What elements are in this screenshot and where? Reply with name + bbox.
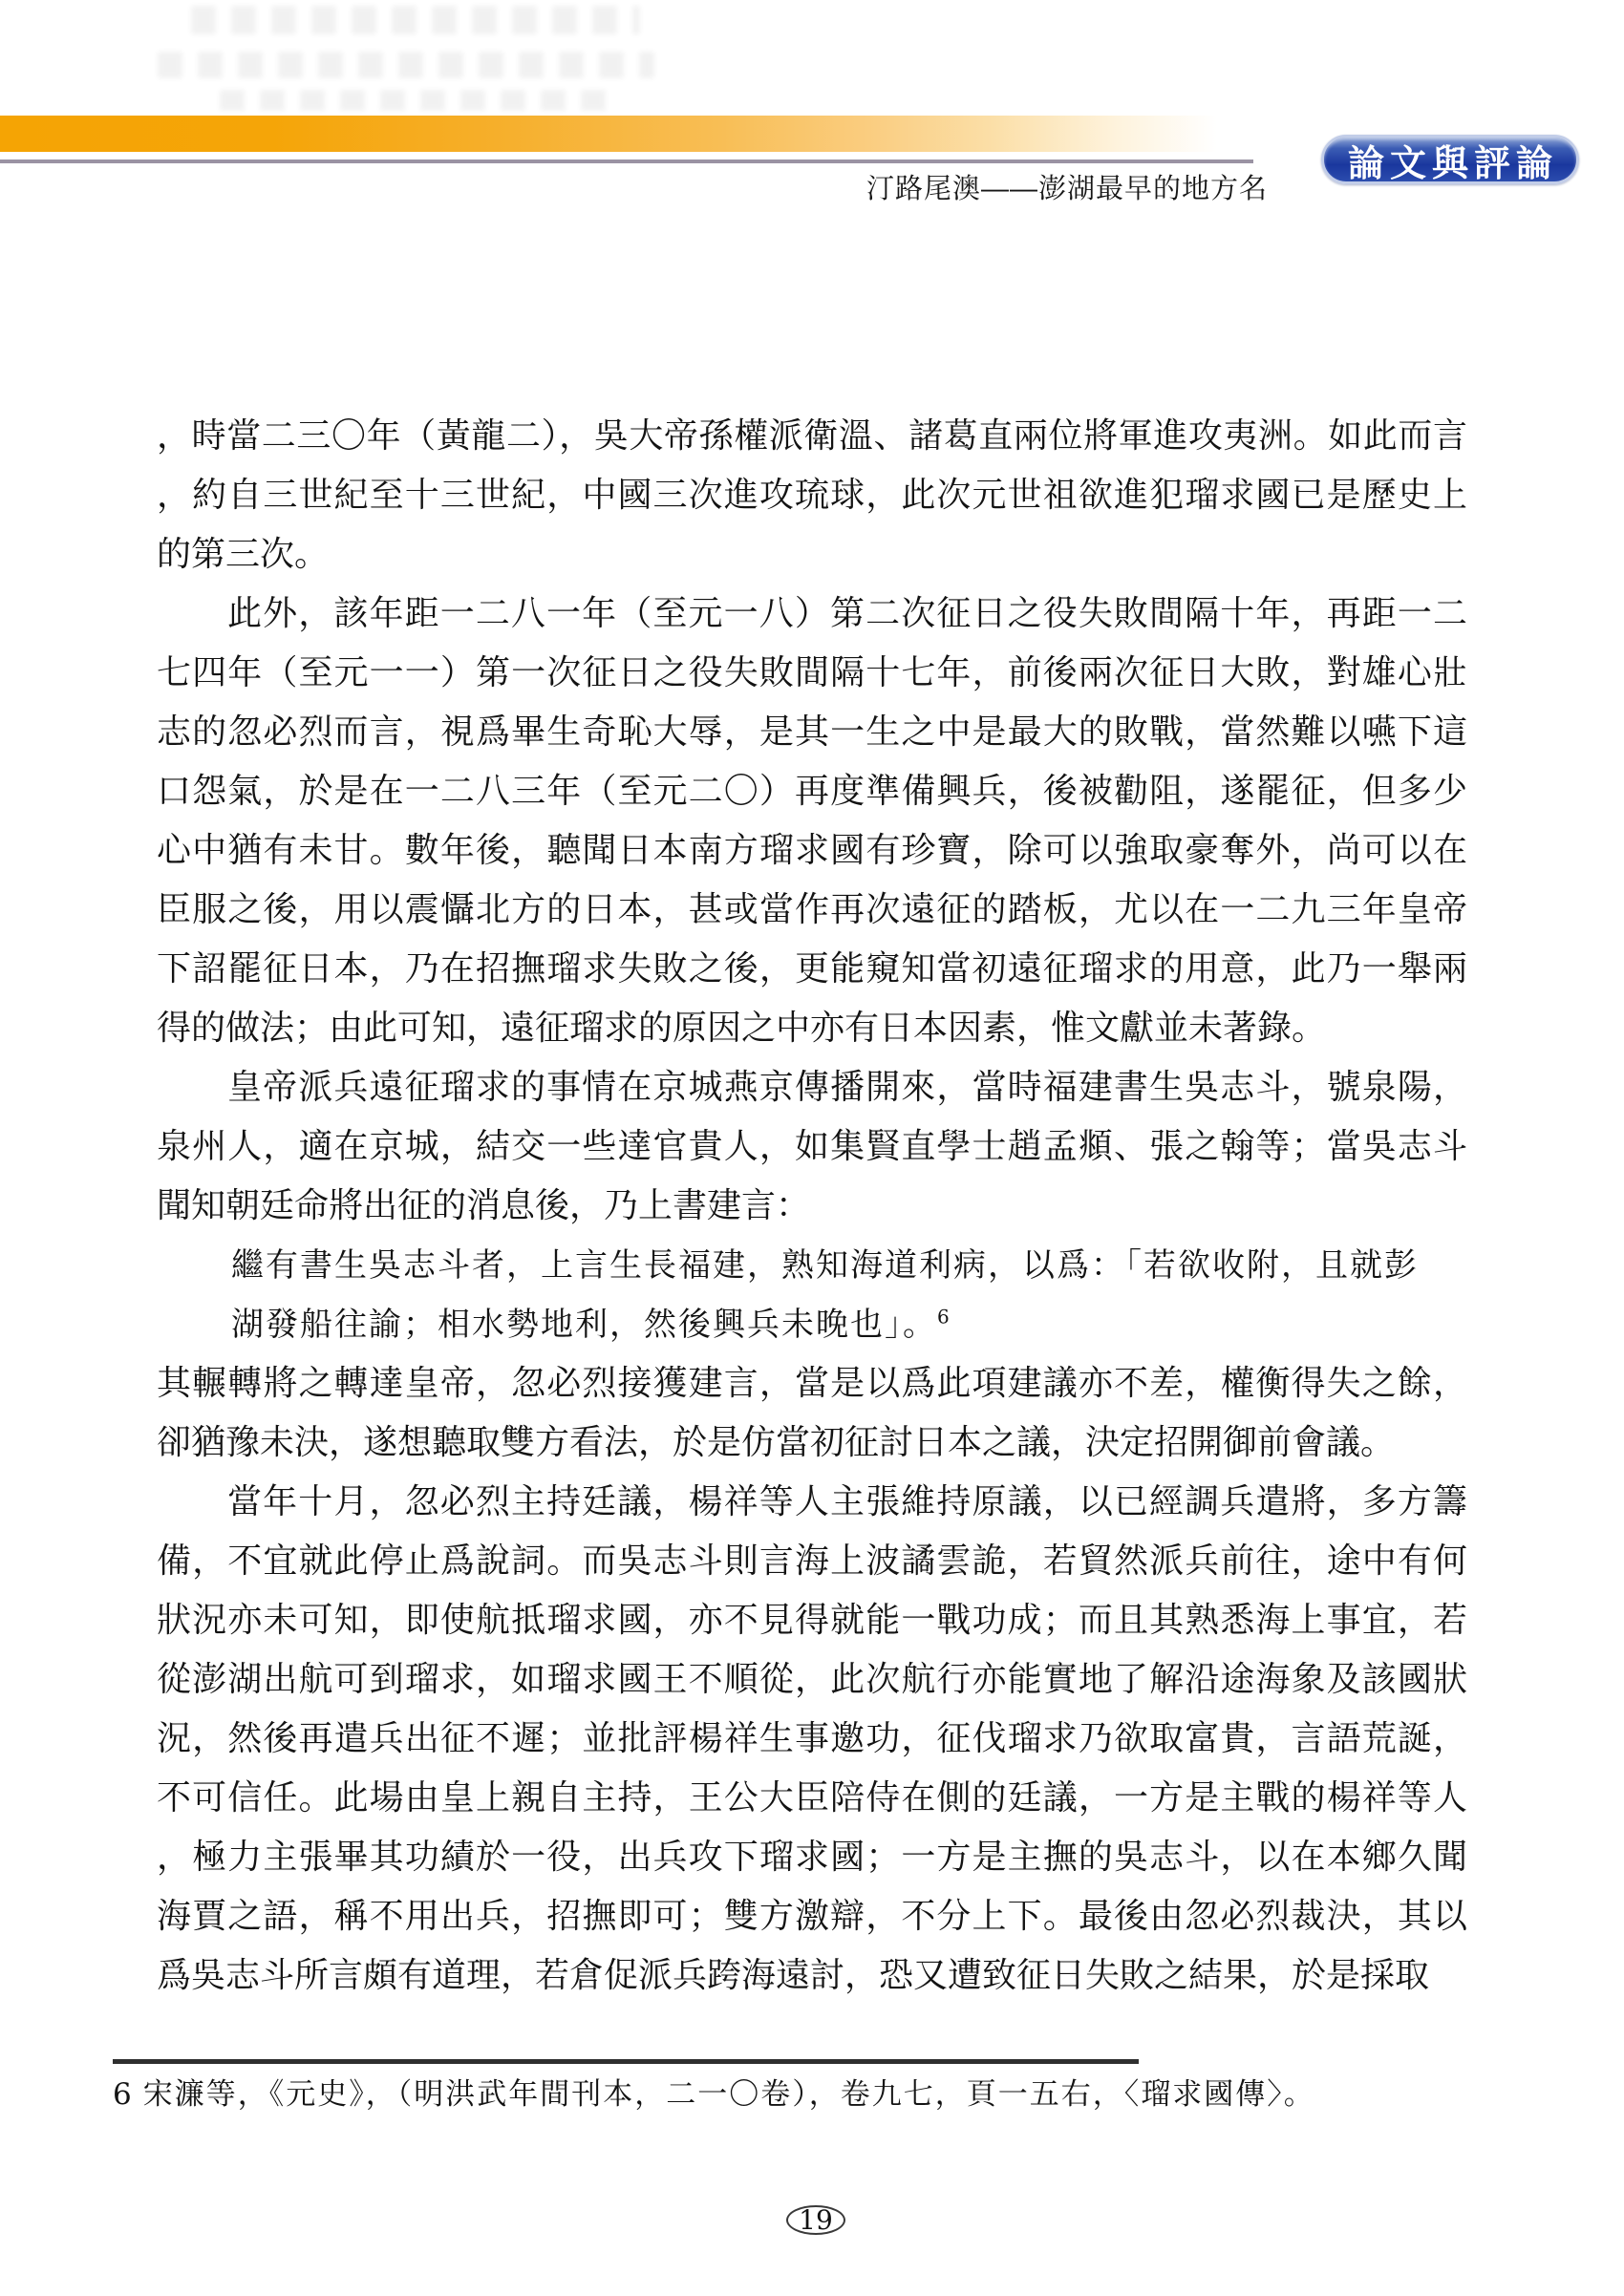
paragraph: 其輾轉將之轉達皇帝，忽必烈接獲建言，當是以爲此項建議亦不差，權衡得失之餘， 卻猶… [157,1354,1467,1473]
text-line: 得的做法；由此可知，遠征瑠求的原因之中亦有日本因素，惟文獻並未著錄。 [157,999,1467,1058]
quote-line: 湖發船往諭；相水勢地利，然後興兵未晚也」。6 [157,1295,1467,1354]
article-body: ，時當二三〇年（黃龍二），吳大帝孫權派衛溫、諸葛直兩位將軍進攻夷洲。如此而言 ，… [157,407,1467,2006]
footnote: 6宋濂等，《元史》，（明洪武年間刊本，二一〇卷），卷九七，頁一五右，〈瑠求國傳〉… [113,2073,1469,2116]
text-line: 志的忽必烈而言，視爲畢生奇恥大辱，是其一生之中是最大的敗戰，當然難以嚥下這 [157,703,1467,762]
text-line: 泉州人，適在京城，結交一些達官貴人，如集賢直學士趙孟頫、張之翰等；當吳志斗 [157,1117,1467,1177]
print-artifact [191,6,640,34]
document-page: 汀路尾澳——澎湖最早的地方名 論文與評論 ，時當二三〇年（黃龍二），吳大帝孫權派… [0,0,1624,2296]
paragraph: 當年十月，忽必烈主持廷議，楊祥等人主張維持原議，以已經調兵遣將，多方籌 備，不宜… [157,1473,1467,2006]
footnote-marker: 6 [113,2077,132,2112]
text-line: 口怨氣，於是在一二八三年（至元二〇）再度準備興兵，後被勸阻，遂罷征，但多少 [157,762,1467,821]
block-quote: 繼有書生吳志斗者，上言生長福建，熟知海道利病，以爲：「若欲收附，且就彭 湖發船往… [157,1236,1467,1354]
header-accent-bar [0,116,1242,152]
text-line: 狀況亦未可知，即使航抵瑠求國，亦不見得就能一戰功成；而且其熟悉海上事宜，若 [157,1591,1467,1650]
text-line: 七四年（至元一一）第一次征日之役失敗間隔十七年，前後兩次征日大敗，對雄心壯 [157,644,1467,703]
print-artifact [158,52,654,78]
footnote-text: 宋濂等，《元史》，（明洪武年間刊本，二一〇卷），卷九七，頁一五右，〈瑠求國傳〉。 [143,2077,1315,2112]
paragraph: 皇帝派兵遠征瑠求的事情在京城燕京傳播開來，當時福建書生吳志斗，號泉陽， 泉州人，… [157,1058,1467,1236]
text-line: 下詔罷征日本，乃在招撫瑠求失敗之後，更能窺知當初遠征瑠求的用意，此乃一舉兩 [157,940,1467,999]
paragraph: 此外，該年距一二八一年（至元一八）第二次征日之役失敗間隔十年，再距一二 七四年（… [157,585,1467,1058]
section-badge: 論文與評論 [1321,135,1579,184]
text-line: 此外，該年距一二八一年（至元一八）第二次征日之役失敗間隔十年，再距一二 [157,585,1467,644]
text-line: 當年十月，忽必烈主持廷議，楊祥等人主張維持原議，以已經調兵遣將，多方籌 [157,1473,1467,1532]
text-line: 聞知朝廷命將出征的消息後，乃上書建言： [157,1177,1467,1236]
quote-line: 繼有書生吳志斗者，上言生長福建，熟知海道利病，以爲：「若欲收附，且就彭 [157,1236,1467,1295]
text-line: ，約自三世紀至十三世紀，中國三次進攻琉球，此次元世祖欲進犯瑠求國已是歷史上 [157,466,1467,525]
text-line: 卻猶豫未決，遂想聽取雙方看法，於是仿當初征討日本之議，決定招開御前會議。 [157,1414,1467,1473]
running-title: 汀路尾澳——澎湖最早的地方名 [866,173,1268,205]
text-line: 臣服之後，用以震懾北方的日本，甚或當作再次遠征的踏板，尤以在一二九三年皇帝 [157,881,1467,940]
paragraph: ，時當二三〇年（黃龍二），吳大帝孫權派衛溫、諸葛直兩位將軍進攻夷洲。如此而言 ，… [157,407,1467,585]
text-line: 從澎湖出航可到瑠求，如瑠求國王不順從，此次航行亦能實地了解沿途海象及該國狀 [157,1650,1467,1710]
header-rule [0,159,1253,163]
text-line: 皇帝派兵遠征瑠求的事情在京城燕京傳播開來，當時福建書生吳志斗，號泉陽， [157,1058,1467,1117]
page-number-oval: 19 [786,2205,845,2235]
text-line: 其輾轉將之轉達皇帝，忽必烈接獲建言，當是以爲此項建議亦不差，權衡得失之餘， [157,1354,1467,1414]
quote-text: 湖發船往諭；相水勢地利，然後興兵未晚也」。 [231,1306,937,1344]
text-line: 海賈之語，稱不用出兵，招撫即可；雙方激辯，不分上下。最後由忽必烈裁決，其以 [157,1887,1467,1946]
print-artifact [220,90,621,111]
footnote-reference: 6 [937,1306,950,1329]
text-line: 爲吳志斗所言頗有道理，若倉促派兵跨海遠討，恐又遭致征日失敗之結果，於是採取 [157,1946,1467,2006]
footnote-rule [113,2059,1139,2064]
text-line: 備，不宜就此停止爲說詞。而吳志斗則言海上波譎雲詭，若貿然派兵前往，途中有何 [157,1532,1467,1591]
text-line: 的第三次。 [157,525,1467,585]
text-line: ，極力主張畢其功績於一役，出兵攻下瑠求國；一方是主撫的吳志斗，以在本鄉久聞 [157,1828,1467,1887]
text-line: 不可信任。此場由皇上親自主持，王公大臣陪侍在側的廷議，一方是主戰的楊祥等人 [157,1769,1467,1828]
text-line: 心中猶有未甘。數年後，聽聞日本南方瑠求國有珍寶，除可以強取豪奪外，尚可以在 [157,821,1467,881]
page-number: 19 [799,2207,833,2234]
text-line: 況，然後再遣兵出征不遲；並批評楊祥生事邀功，征伐瑠求乃欲取富貴，言語荒誕， [157,1710,1467,1769]
text-line: ，時當二三〇年（黃龍二），吳大帝孫權派衛溫、諸葛直兩位將軍進攻夷洲。如此而言 [157,407,1467,466]
